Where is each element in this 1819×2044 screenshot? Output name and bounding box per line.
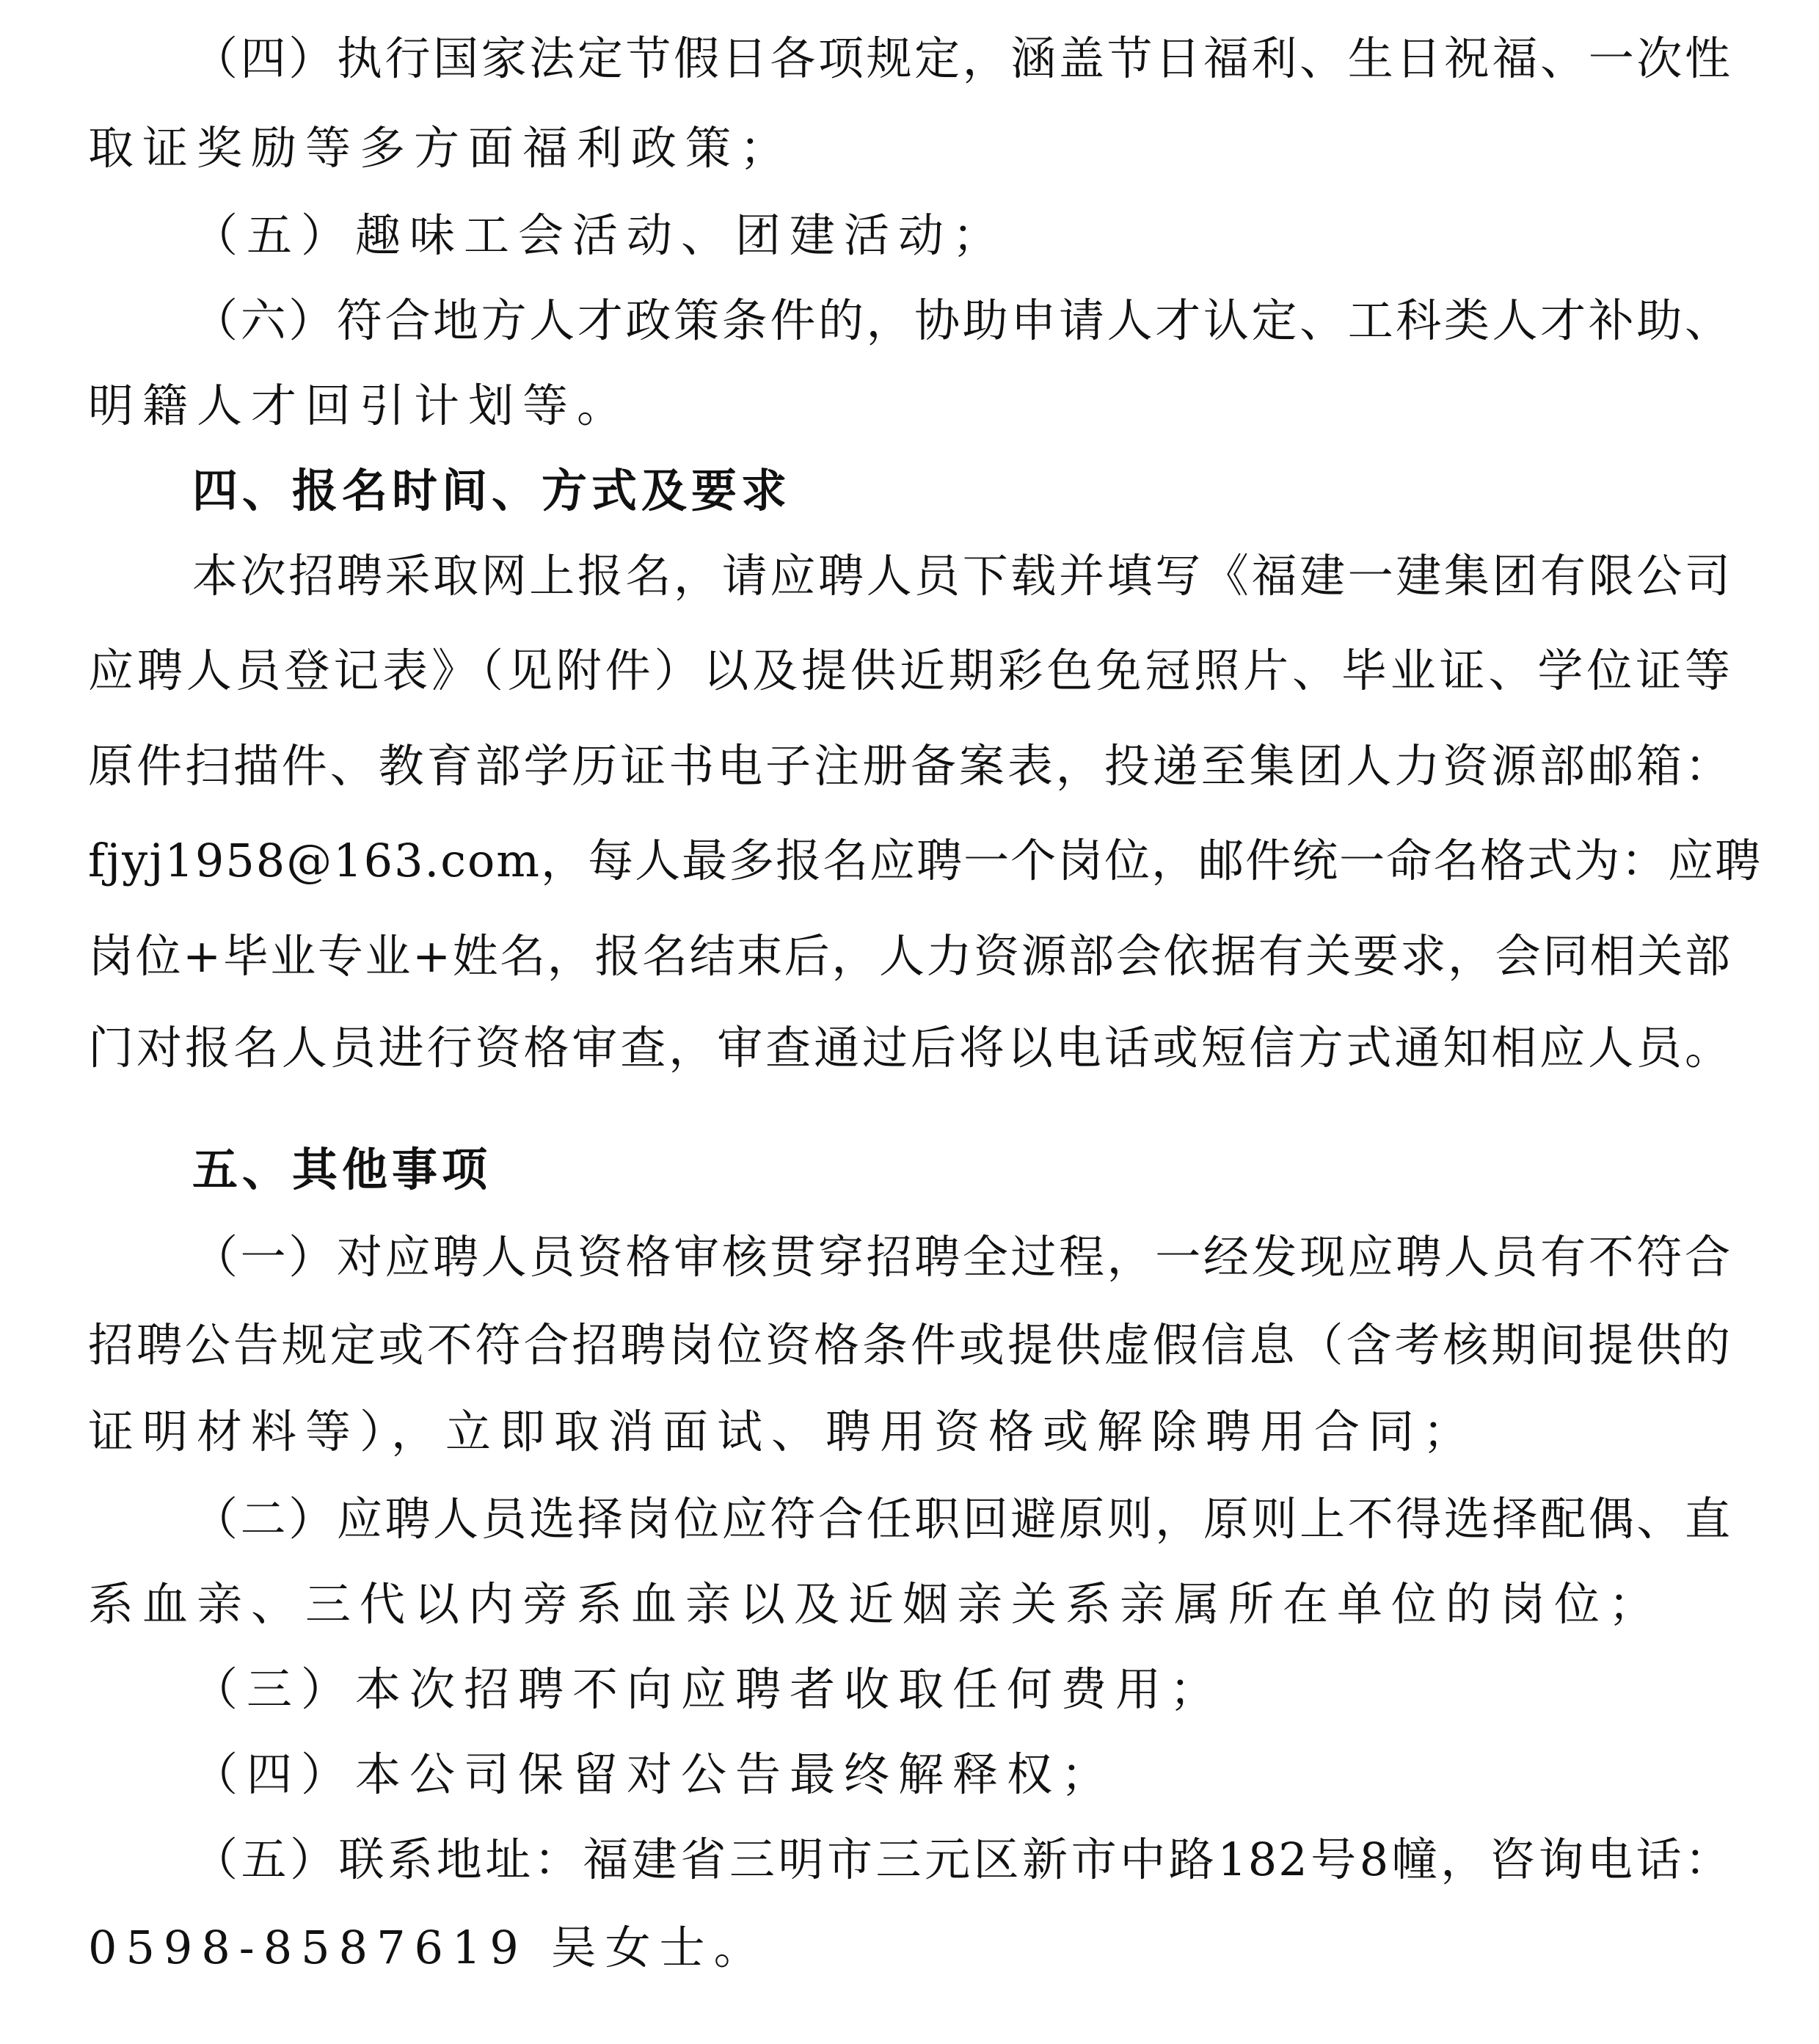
other-item-4: （四）本公司保留对公告最终解释权；: [192, 1731, 1732, 1819]
registration-paragraph-line-2: 应聘人员登记表》（见附件）以及提供近期彩色免冠照片、毕业证、学位证等: [88, 627, 1732, 715]
benefit-item-6-line-1: （六）符合地方人才政策条件的，协助申请人才认定、工科类人才补助、: [192, 277, 1732, 365]
registration-paragraph-line-3: 原件扫描件、教育部学历证书电子注册备案表，投递至集团人力资源部邮箱：: [88, 722, 1732, 810]
other-item-1-line-1: （一）对应聘人员资格审核贯穿招聘全过程，一经发现应聘人员有不符合: [192, 1213, 1732, 1301]
benefit-item-4-line-2: 取证奖励等多方面福利政策；: [88, 104, 1732, 192]
other-item-2-line-2: 系血亲、三代以内旁系血亲以及近姻亲关系亲属所在单位的岗位；: [88, 1560, 1732, 1648]
other-item-5-contact-address: （五）联系地址：福建省三明市三元区新市中路182号8幢，咨询电话：: [192, 1816, 1732, 1904]
other-item-2-line-1: （二）应聘人员选择岗位应符合任职回避原则，原则上不得选择配偶、直: [192, 1475, 1732, 1563]
registration-paragraph-line-6: 门对报名人员进行资格审查，审查通过后将以电话或短信方式通知相应人员。: [88, 1004, 1732, 1092]
section-4-heading: 四、报名时间、方式及要求: [192, 447, 1732, 535]
benefit-item-5: （五）趣味工会活动、团建活动；: [192, 192, 1732, 280]
other-item-1-line-3: 证明材料等），立即取消面试、聘用资格或解除聘用合同；: [88, 1388, 1732, 1476]
section-5-heading: 五、其他事项: [192, 1126, 1732, 1214]
registration-paragraph-line-4-email: fjyj1958@163.com，每人最多报名应聘一个岗位，邮件统一命名格式为：…: [88, 817, 1732, 905]
benefit-item-6-line-2: 明籍人才回引计划等。: [88, 362, 1732, 450]
other-item-1-line-2: 招聘公告规定或不符合招聘岗位资格条件或提供虚假信息（含考核期间提供的: [88, 1301, 1732, 1389]
document-page: （四）执行国家法定节假日各项规定，涵盖节日福利、生日祝福、一次性 取证奖励等多方…: [0, 0, 1819, 2044]
benefit-item-4-line-1: （四）执行国家法定节假日各项规定，涵盖节日福利、生日祝福、一次性: [192, 15, 1732, 103]
other-item-3: （三）本次招聘不向应聘者收取任何费用；: [192, 1645, 1732, 1734]
registration-paragraph-line-1: 本次招聘采取网上报名，请应聘人员下载并填写《福建一建集团有限公司: [192, 532, 1732, 620]
other-item-5-contact-phone: 0598-8587619 吴女士。: [88, 1904, 1732, 1992]
registration-paragraph-line-5: 岗位+毕业专业+姓名，报名结束后，人力资源部会依据有关要求，会同相关部: [88, 912, 1732, 1000]
